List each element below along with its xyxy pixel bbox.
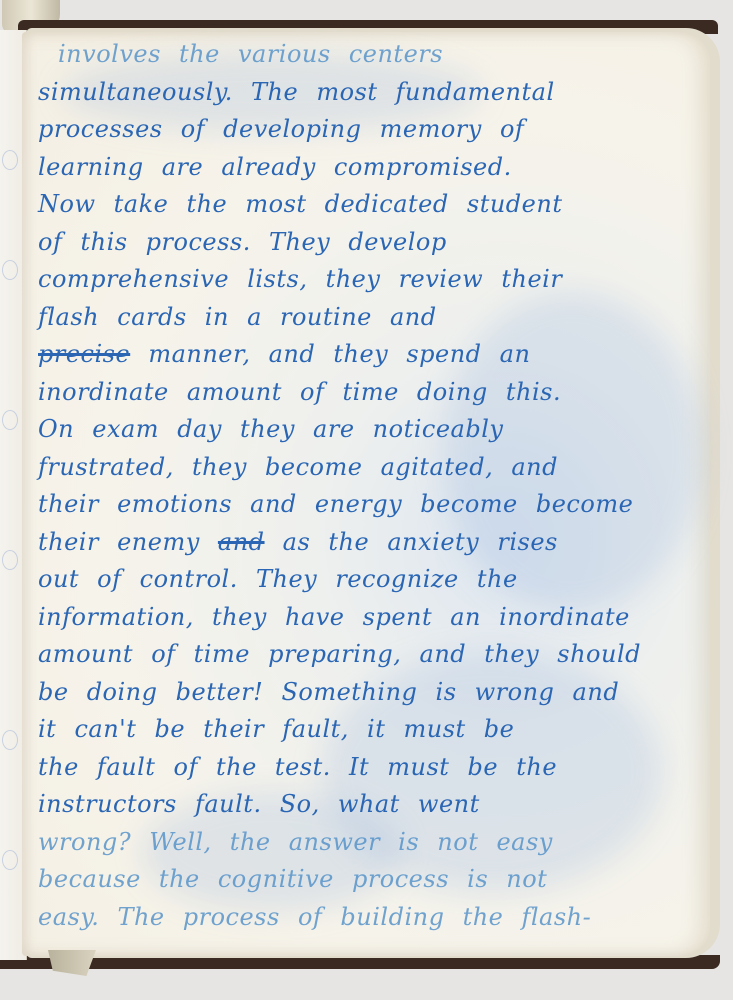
text-line-1: involves the various centers [38,36,698,74]
text-line-5: Now take the most dedicated student [38,186,698,224]
bleed-through-mark [2,410,18,430]
text-line-4: learning are already compromised. [38,149,698,187]
ribbon-bookmark-bottom [48,950,96,976]
struck-word: and [218,528,265,556]
bleed-through-mark [2,730,18,750]
text-line-16: information, they have spent an inordina… [38,599,698,637]
line-text: manner, and they spend an [130,340,530,368]
text-line-7: comprehensive lists, they review their [38,261,698,299]
text-line-2: simultaneously. The most fundamental [38,74,698,112]
text-line-15: out of control. They recognize the [38,561,698,599]
text-line-10: inordinate amount of time doing this. [38,374,698,412]
line-text-before: their enemy [38,528,218,556]
text-line-19: it can't be their fault, it must be [38,711,698,749]
text-line-11: On exam day they are noticeably [38,411,698,449]
text-line-23: because the cognitive process is not [38,861,698,899]
text-line-18: be doing better! Something is wrong and [38,674,698,712]
handwritten-text: involves the various centers simultaneou… [38,36,698,936]
text-line-24: easy. The process of building the flash- [38,899,698,937]
text-line-17: amount of time preparing, and they shoul… [38,636,698,674]
text-line-21: instructors fault. So, what went [38,786,698,824]
text-line-20: the fault of the test. It must be the [38,749,698,787]
text-line-13: their emotions and energy become become [38,486,698,524]
text-line-6: of this process. They develop [38,224,698,262]
line-text: as the anxiety rises [265,528,558,556]
text-line-8: flash cards in a routine and [38,299,698,337]
text-line-3: processes of developing memory of [38,111,698,149]
bleed-through-mark [2,850,18,870]
notebook-photo: involves the various centers simultaneou… [0,0,733,1000]
struck-word: precise [38,340,130,368]
text-line-22: wrong? Well, the answer is not easy [38,824,698,862]
bleed-through-mark [2,260,18,280]
text-line-9: precise manner, and they spend an [38,336,698,374]
bleed-through-mark [2,550,18,570]
bleed-through-mark [2,150,18,170]
text-line-12: frustrated, they become agitated, and [38,449,698,487]
text-line-14: their enemy and as the anxiety rises [38,524,698,562]
